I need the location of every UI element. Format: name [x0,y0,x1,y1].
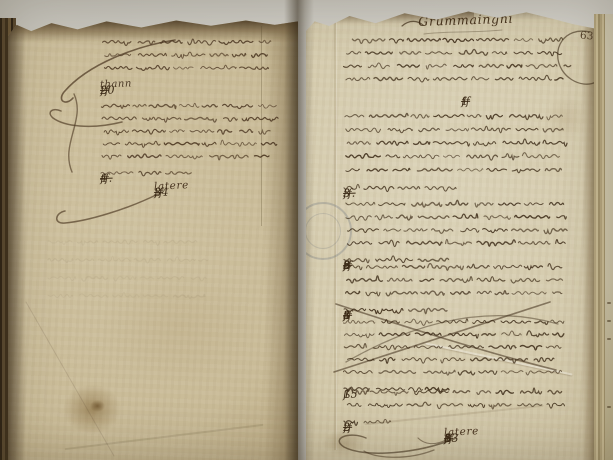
manuscript-photo: thann20 ff4 ff.latere34 ff Grümmaingni 6… [0,0,613,460]
pen-flourishes [306,6,596,460]
page-gutter-shadow [284,0,314,460]
ink-mark [607,320,611,322]
pen-flourishes [8,16,298,460]
right-manuscript-page: Grümmaingni 63 1 ff3 ff.2 ff 5 ß 8 d3 ff… [306,6,596,460]
ink-mark [607,406,611,408]
ink-mark [607,302,611,304]
ink-mark [607,338,611,340]
left-manuscript-page: thann20 ff4 ff.latere34 ff [8,16,298,460]
next-page-sliver [605,14,613,460]
fore-edge-pages [594,14,605,460]
